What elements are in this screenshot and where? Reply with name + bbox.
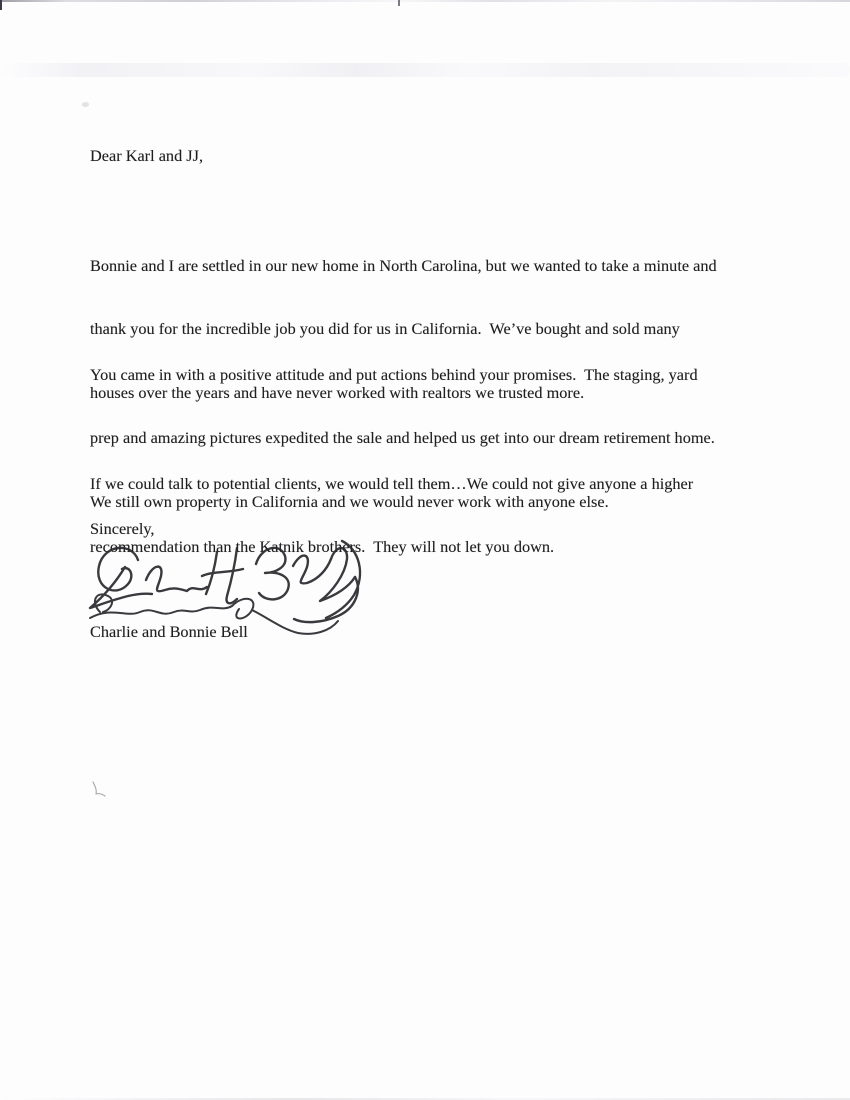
scan-edge-artifact [0,0,850,2]
paragraph-line: Bonnie and I are settled in our new home… [90,255,717,276]
closing-line: Sincerely, [90,518,155,539]
scan-edge-tick [398,0,400,6]
paragraph-line: If we could talk to potential clients, w… [90,473,693,494]
typed-signature-names: Charlie and Bonnie Bell [90,621,248,642]
scan-smudge [82,102,89,107]
scanned-letter-page: Dear Karl and JJ, Bonnie and I are settl… [0,0,850,1100]
paragraph: If we could talk to potential clients, w… [90,430,693,600]
paragraph-line: recommendation than the Katnik brothers.… [90,536,693,557]
paragraph-line: You came in with a positive attitude and… [90,364,715,385]
pen-mark-artifact [86,780,110,800]
scan-edge-tick [0,0,2,10]
greeting-line: Dear Karl and JJ, [90,145,203,166]
scan-smudge [0,63,850,77]
